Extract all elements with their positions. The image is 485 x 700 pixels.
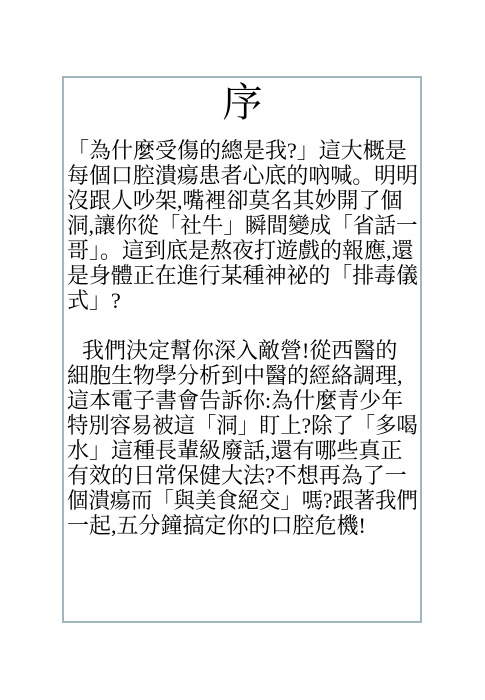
content-border-box: 序 「為什麼受傷的總是我?」這大概是 每個口腔潰瘍患者心底的吶喊。明明 沒跟人吵…: [62, 76, 422, 623]
text-line: 一起,五分鐘搞定你的口腔危機!: [67, 513, 418, 538]
text-line: 特別容易被這「洞」盯上?除了「多喝: [67, 413, 407, 438]
text-line: 「為什麼受傷的總是我?」這大概是: [67, 138, 418, 163]
text-line: 洞,讓你從「社牛」瞬間變成「省話一: [67, 213, 411, 238]
text-line: 這本電子書會告訴你:為什麼青少年: [67, 388, 418, 413]
chapter-title: 序: [67, 80, 418, 126]
ebook-page: 序 「為什麼受傷的總是我?」這大概是 每個口腔潰瘍患者心底的吶喊。明明 沒跟人吵…: [0, 0, 485, 700]
paragraph-1: 「為什麼受傷的總是我?」這大概是 每個口腔潰瘍患者心底的吶喊。明明 沒跟人吵架,…: [67, 138, 418, 313]
text-line: 細胞生物學分析到中醫的經絡調理,: [67, 363, 418, 388]
text-line: 每個口腔潰瘍患者心底的吶喊。明明: [67, 163, 417, 188]
text-line: 個潰瘍而「與美食絕交」嗎?跟著我們: [67, 488, 407, 513]
paragraph-2: 我們決定幫你深入敵營!從西醫的 細胞生物學分析到中醫的經絡調理, 這本電子書會告…: [67, 338, 418, 538]
text-line: 式」?: [67, 288, 418, 313]
text-line: 是身體正在進行某種神祕的「排毒儀: [67, 263, 417, 288]
text-line: 水」這種長輩級廢話,還有哪些真正: [67, 438, 418, 463]
text-line: 我們決定幫你深入敵營!從西醫的: [67, 338, 418, 363]
text-line: 沒跟人吵架,嘴裡卻莫名其妙開了個: [67, 188, 418, 213]
text-line: 哥」。這到底是熬夜打遊戲的報應,還: [67, 238, 418, 263]
text-line: 有效的日常保健大法?不想再為了一: [67, 463, 418, 488]
